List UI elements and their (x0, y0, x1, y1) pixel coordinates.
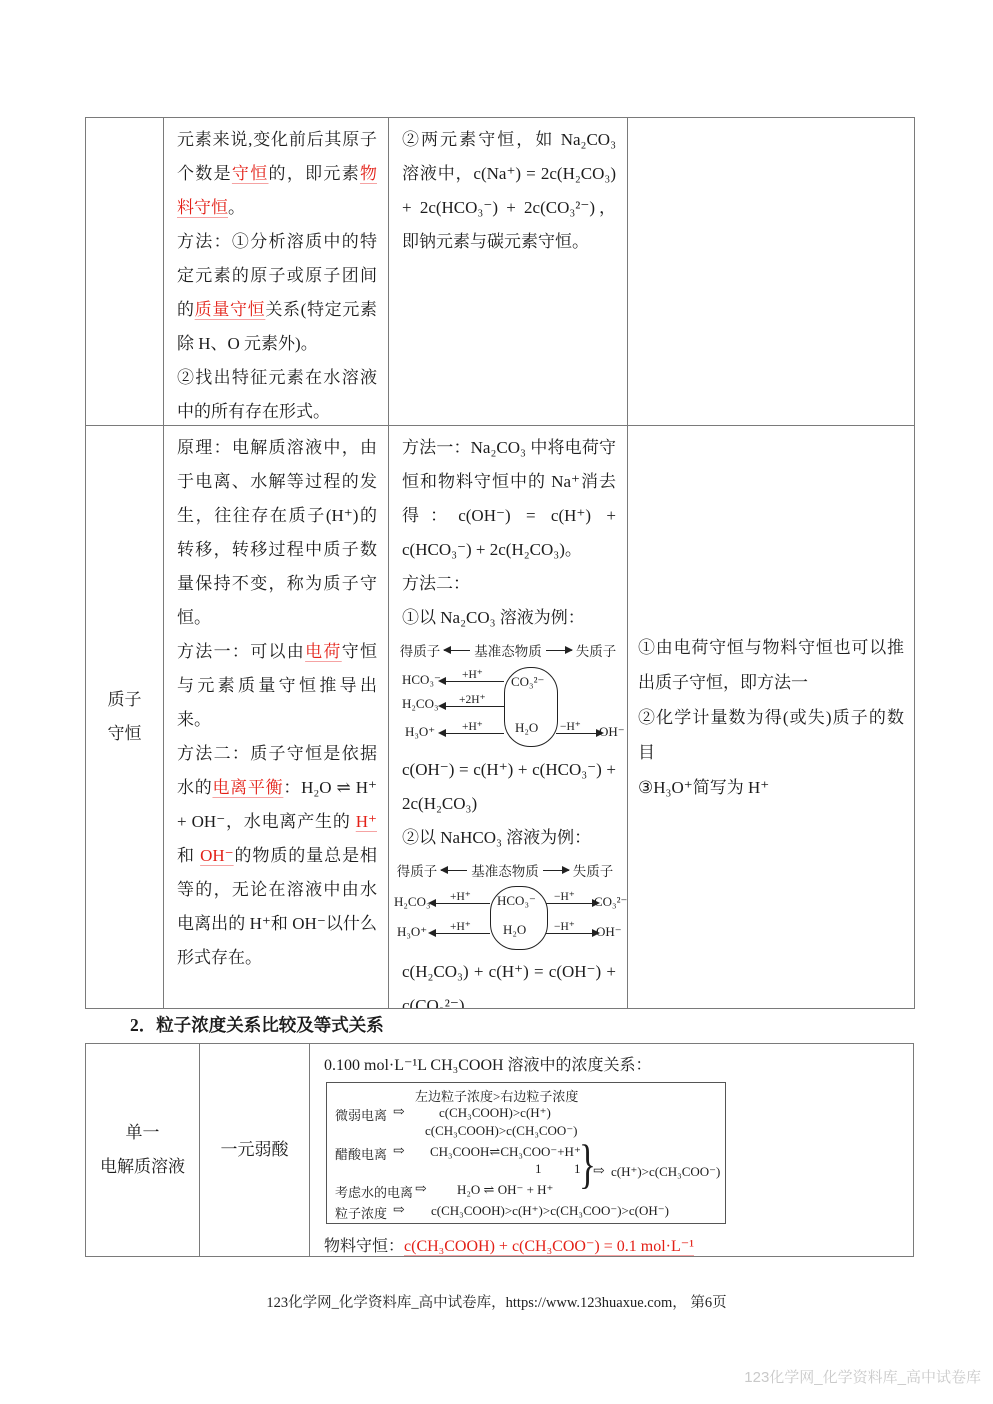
row-header-single-electrolyte: 单一 电解质溶液 (86, 1044, 200, 1257)
block-arrow-icon: ⇨ (393, 1143, 405, 1160)
arrow-left-icon (444, 650, 470, 651)
formula: CO₃²⁻ (511, 674, 544, 690)
formula: H₂O (515, 720, 538, 736)
formula: HCO₃⁻ (497, 893, 536, 909)
proton-transfer-diagram-na2co3: 得质子 基准态物质 失质子 CO₃²⁻ H₂O HCO₃⁻ H₂CO₃ H₃O⁺ (400, 640, 616, 750)
paragraph: c(H₂CO₃) + c(H⁺) = c(OH⁻) + c(CO₃²⁻) (402, 955, 616, 1009)
paragraph: ②找出特征元素在水溶液中的所有存在形式。 (177, 361, 377, 426)
gain-proton-label: 得质子 (397, 860, 438, 880)
arrow-right-icon (546, 933, 592, 934)
paragraph: 方法二： (402, 567, 616, 601)
proton-transfer-diagram-nahco3: 得质子 基准态物质 失质子 HCO₃⁻ H₂O H₂CO₃ H₃O⁺ +H⁺ +… (394, 860, 616, 952)
paragraph: 方法一：Na₂CO₃ 中将电荷守恒和物料守恒中的 Na⁺消去得：c(OH⁻) =… (402, 431, 616, 567)
block-arrow-icon: ⇨ (593, 1163, 605, 1180)
concentration-order: c(CH₃COOH)>c(H⁺)>c(CH₃COO⁻)>c(OH⁻) (431, 1203, 669, 1219)
arrow-label: +H⁺ (462, 719, 483, 733)
row-header-line: 单一 (126, 1116, 160, 1150)
paragraph: 原理：电解质溶液中，由于电离、水解等过程的发生，往往存在质子(H⁺)的转移，转移… (177, 431, 377, 635)
arrow-right-icon (546, 650, 572, 651)
block-arrow-icon: ⇨ (393, 1202, 405, 1219)
paragraph: ②两元素守恒，如 Na₂CO₃ 溶液中，c(Na⁺) = 2c(H₂CO₃) +… (402, 123, 616, 259)
paragraph: ②以 NaHCO₃ 溶液为例： (402, 821, 616, 855)
paragraph: 方法一：可以由电荷守恒与元素质量守恒推导出来。 (177, 635, 377, 737)
lose-proton-label: 失质子 (576, 640, 617, 660)
formula: H₂O (503, 922, 526, 938)
solution-intro: 0.100 mol·L⁻¹L CH₃COOH 溶液中的浓度关系： (324, 1052, 903, 1075)
watermark: 123化学网_化学资料库_高中试卷库 (744, 1366, 981, 1387)
row-label: 粒子浓度 (335, 1203, 387, 1222)
formula: H₂CO₃ (394, 894, 431, 910)
arrow-right-icon (556, 733, 596, 734)
base-state-label: 基准态物质 (474, 640, 542, 660)
formula: OH⁻ (596, 924, 622, 940)
note: ①由电荷守恒与物料守恒也可以推出质子守恒，即方法一 (638, 630, 904, 700)
row-header-monoprotic-weak-acid: 一元弱酸 (200, 1044, 310, 1257)
row-header-line: 电解质溶液 (100, 1150, 185, 1184)
arrow-left-icon (446, 733, 504, 734)
cell-row1-col1 (86, 118, 164, 426)
page-footer: 123化学网_化学资料库_高中试卷库，https://www.123huaxue… (0, 1291, 993, 1312)
arrow-left-icon (446, 681, 504, 682)
arrow-left-icon (436, 933, 490, 934)
cell-row1-col2: 元素来说,变化前后其原子个数是守恒的，即元素物料守恒。 方法：①分析溶质中的特定… (164, 118, 389, 426)
paragraph: ①以 Na₂CO₃ 溶液为例： (402, 601, 616, 635)
cell-row1-col3: ②两元素守恒，如 Na₂CO₃ 溶液中，c(Na⁺) = 2c(H₂CO₃) +… (389, 118, 628, 426)
equation: H₂O ⇌ OH⁻ + H⁺ (457, 1182, 553, 1198)
lose-proton-label: 失质子 (573, 860, 614, 880)
diagram-header: 得质子 基准态物质 失质子 (400, 640, 616, 660)
inequality: c(CH₃COOH)>c(CH₃COO⁻) (425, 1123, 578, 1139)
cell-row2-col3: 方法一：Na₂CO₃ 中将电荷守恒和物料守恒中的 Na⁺消去得：c(OH⁻) =… (389, 426, 628, 1009)
arrow-left-icon (441, 870, 467, 871)
formula: H₂CO₃ (402, 696, 439, 712)
arrow-label: −H⁺ (554, 889, 575, 903)
formula: HCO₃⁻ (402, 672, 441, 688)
paragraph: 方法：①分析溶质中的特定元素的原子或原子团间的质量守恒关系(特定元素除 H、O … (177, 225, 377, 361)
block-arrow-icon: ⇨ (415, 1181, 427, 1198)
box-heading: 左边粒子浓度>右边粒子浓度 (415, 1086, 578, 1105)
cell-weak-acid-content: 0.100 mol·L⁻¹L CH₃COOH 溶液中的浓度关系： 左边粒子浓度>… (310, 1044, 914, 1257)
row-header-proton-conservation: 质子 守恒 (86, 426, 164, 1009)
row-header-line: 一元弱酸 (221, 1133, 289, 1167)
paragraph: c(OH⁻) = c(H⁺) + c(HCO₃⁻) + 2c(H₂CO₃) (402, 753, 616, 821)
gain-proton-label: 得质子 (400, 640, 441, 660)
row-header-line: 质子 (108, 683, 142, 717)
diagram-header: 得质子 基准态物质 失质子 (394, 860, 616, 880)
paragraph: 元素来说,变化前后其原子个数是守恒的，即元素物料守恒。 (177, 123, 377, 225)
arrow-label: −H⁺ (554, 919, 575, 933)
document-page: 元素来说,变化前后其原子个数是守恒的，即元素物料守恒。 方法：①分析溶质中的特定… (0, 0, 993, 1404)
row-label: 醋酸电离 (335, 1144, 387, 1163)
formula: CO₃²⁻ (594, 894, 627, 910)
paragraph: 方法二：质子守恒是依据水的电离平衡：H₂O ⇌ H⁺ + OH⁻，水电离产生的 … (177, 737, 377, 975)
diagram-body: HCO₃⁻ H₂O H₂CO₃ H₃O⁺ +H⁺ +H⁺ −H⁺ −H⁺ CO₃… (394, 884, 628, 952)
coefficient: 1 (535, 1161, 542, 1177)
conservation-table: 元素来说,变化前后其原子个数是守恒的，即元素物料守恒。 方法：①分析溶质中的特定… (85, 117, 915, 1009)
arrow-label: +H⁺ (450, 919, 471, 933)
inequality: c(CH₃COOH)>c(H⁺) (439, 1105, 551, 1121)
arrow-left-icon (436, 903, 490, 904)
base-state-label: 基准态物质 (471, 860, 539, 880)
arrow-label: +2H⁺ (459, 692, 486, 706)
row-label: 考虑水的电离 (335, 1182, 413, 1201)
material-conservation-line: 物料守恒：c(CH₃COOH) + c(CH₃COO⁻) = 0.1 mol·L… (324, 1233, 903, 1256)
concentration-comparison-box: 左边粒子浓度>右边粒子浓度 微弱电离 ⇨ c(CH₃COOH)>c(H⁺) c(… (326, 1082, 726, 1224)
cell-row1-col4 (628, 118, 915, 426)
diagram-body: CO₃²⁻ H₂O HCO₃⁻ H₂CO₃ H₃O⁺ +H⁺ +2H⁺ +H⁺ … (400, 664, 628, 750)
note: ③H₃O⁺简写为 H⁺ (638, 770, 904, 805)
arrow-label: +H⁺ (462, 667, 483, 681)
arrow-label: −H⁺ (560, 719, 581, 733)
ion-concentration-table: 单一 电解质溶液 一元弱酸 0.100 mol·L⁻¹L CH₃COOH 溶液中… (85, 1043, 914, 1257)
formula: OH⁻ (599, 724, 625, 740)
block-arrow-icon: ⇨ (393, 1104, 405, 1121)
arrow-right-icon (546, 903, 592, 904)
cell-row2-col4: ①由电荷守恒与物料守恒也可以推出质子守恒，即方法一 ②化学计量数为得(或失)质子… (628, 426, 915, 1009)
formula: H₃O⁺ (405, 724, 435, 740)
cell-row2-col2: 原理：电解质溶液中，由于电离、水解等过程的发生，往往存在质子(H⁺)的转移，转移… (164, 426, 389, 1009)
row-label: 微弱电离 (335, 1105, 387, 1124)
conclusion-inequality: c(H⁺)>c(CH₃COO⁻) (611, 1164, 720, 1180)
section-title: 2．粒子浓度关系比较及等式关系 (130, 1012, 384, 1037)
note: ②化学计量数为得(或失)质子的数目 (638, 700, 904, 770)
arrow-left-icon (446, 706, 504, 707)
formula: H₃O⁺ (397, 924, 427, 940)
arrow-label: +H⁺ (450, 889, 471, 903)
arrow-right-icon (543, 870, 569, 871)
row-header-line: 守恒 (108, 717, 142, 751)
equation: CH₃COOH⇌CH₃COO⁻+H⁺ (430, 1144, 581, 1160)
